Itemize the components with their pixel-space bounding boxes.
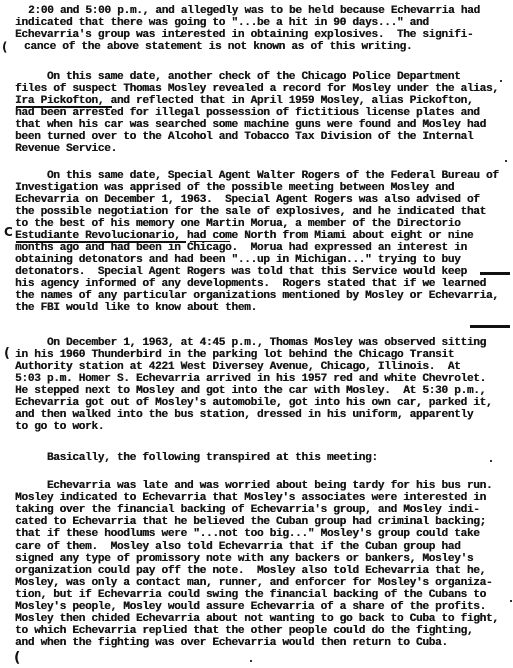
scan-speck <box>500 80 502 82</box>
text-line: 2:00 and 5:00 p.m., and allegedly was to… <box>28 5 480 17</box>
text-line: Mosley, was only a contact man, runner, … <box>15 577 492 589</box>
text-line: Authority station at 4221 West Diversey … <box>15 361 460 373</box>
text-line: the FBI would like to know about them. <box>15 302 257 314</box>
text-line: to go to work. <box>15 421 104 433</box>
text-line: been turned over to the Alcohol and Toba… <box>15 131 473 143</box>
text-line: detonators. Special Agent Rogers was tol… <box>15 266 467 278</box>
text-line: that when his car was searched some mach… <box>15 119 486 131</box>
text-line: Echevarria was late and was worried abou… <box>15 480 492 492</box>
text-line: his agency informed of any developments.… <box>15 278 486 290</box>
text-line: Echevarria got out of Mosley's automobil… <box>15 397 492 409</box>
text-line: to the best of his memory one Martin Mor… <box>15 218 460 230</box>
text-line: Investigation was apprised of the possib… <box>15 182 454 194</box>
underline-alias-mark <box>16 106 112 108</box>
text-line: the possible negotiation for the sale of… <box>15 206 486 218</box>
text-line: Mosley then chided Echevarria about not … <box>15 613 499 625</box>
scan-speck <box>180 35 182 37</box>
document-page: 2:00 and 5:00 p.m., and allegedly was to… <box>0 0 513 668</box>
text-line: organization could pay off the note. Mos… <box>15 565 486 577</box>
scan-speck <box>250 660 252 662</box>
text-line: signed any type of promissory note with … <box>15 553 473 565</box>
text-line: in his 1960 Thunderbird in the parking l… <box>15 349 454 361</box>
margin-bracket-mark: ( <box>4 346 10 361</box>
margin-bracket-mark: ( <box>2 40 7 54</box>
text-line: indicated that there was going to "...be… <box>15 17 429 29</box>
scan-speck <box>510 600 512 602</box>
scan-speck <box>490 460 492 462</box>
margin-bracket-mark: ( <box>14 650 20 666</box>
text-line: and then walked into the bus station, dr… <box>15 409 473 421</box>
text-line: that if these hoodlums were "...not too … <box>15 528 480 540</box>
text-line: Revenue Service. <box>15 143 117 155</box>
text-line: Mosley indicated to Echevarria that Mosl… <box>15 492 486 504</box>
text-line: taking over the financial backing of Ech… <box>15 504 480 516</box>
text-line: obtaining detonators and had been "...up… <box>15 254 460 266</box>
text-line: He stepped next to Mosley and got into t… <box>15 385 486 397</box>
text-line: cated to Echevarria that he believed the… <box>15 516 486 528</box>
text-line: and when the fighting was over Echevarri… <box>15 637 448 649</box>
text-line: On this same date, Special Agent Walter … <box>15 170 499 182</box>
margin-circle-mark: C <box>4 225 13 239</box>
underline-org-mark <box>16 241 186 243</box>
margin-dash-mark <box>470 325 510 328</box>
text-line: tion, but if Echevarria could swing the … <box>15 589 486 601</box>
text-line: the names of any particular organization… <box>15 290 499 302</box>
margin-dash-mark <box>480 272 510 275</box>
text-line: On December 1, 1963, at 4:45 p.m., Thoma… <box>15 337 486 349</box>
text-line: months ago and had been in Chicago. Moru… <box>15 242 467 254</box>
text-line: Mosley's people, Mosley would assure Ech… <box>15 601 486 613</box>
text-line: had been arrested for illegal possession… <box>15 107 480 119</box>
text-line: to which Echevarria replied that the oth… <box>15 625 473 637</box>
text-line: cance of the above statement is not know… <box>24 41 412 53</box>
text-line: care of them. Mosley also told Echevarri… <box>15 541 460 553</box>
text-line: Echevarria on December 1, 1963. Special … <box>15 194 480 206</box>
text-line: On this same date, another check of the … <box>15 71 460 83</box>
text-line: 5:03 p.m. Homer S. Echevarria arrived in… <box>15 373 486 385</box>
text-line: Echevarria's group was interested in obt… <box>15 29 473 41</box>
scan-speck <box>505 160 507 162</box>
underline-org-mark-2 <box>190 241 230 242</box>
text-line: files of suspect Thomas Mosley revealed … <box>15 83 499 95</box>
text-line: Basically, the following transpired at t… <box>15 452 378 464</box>
